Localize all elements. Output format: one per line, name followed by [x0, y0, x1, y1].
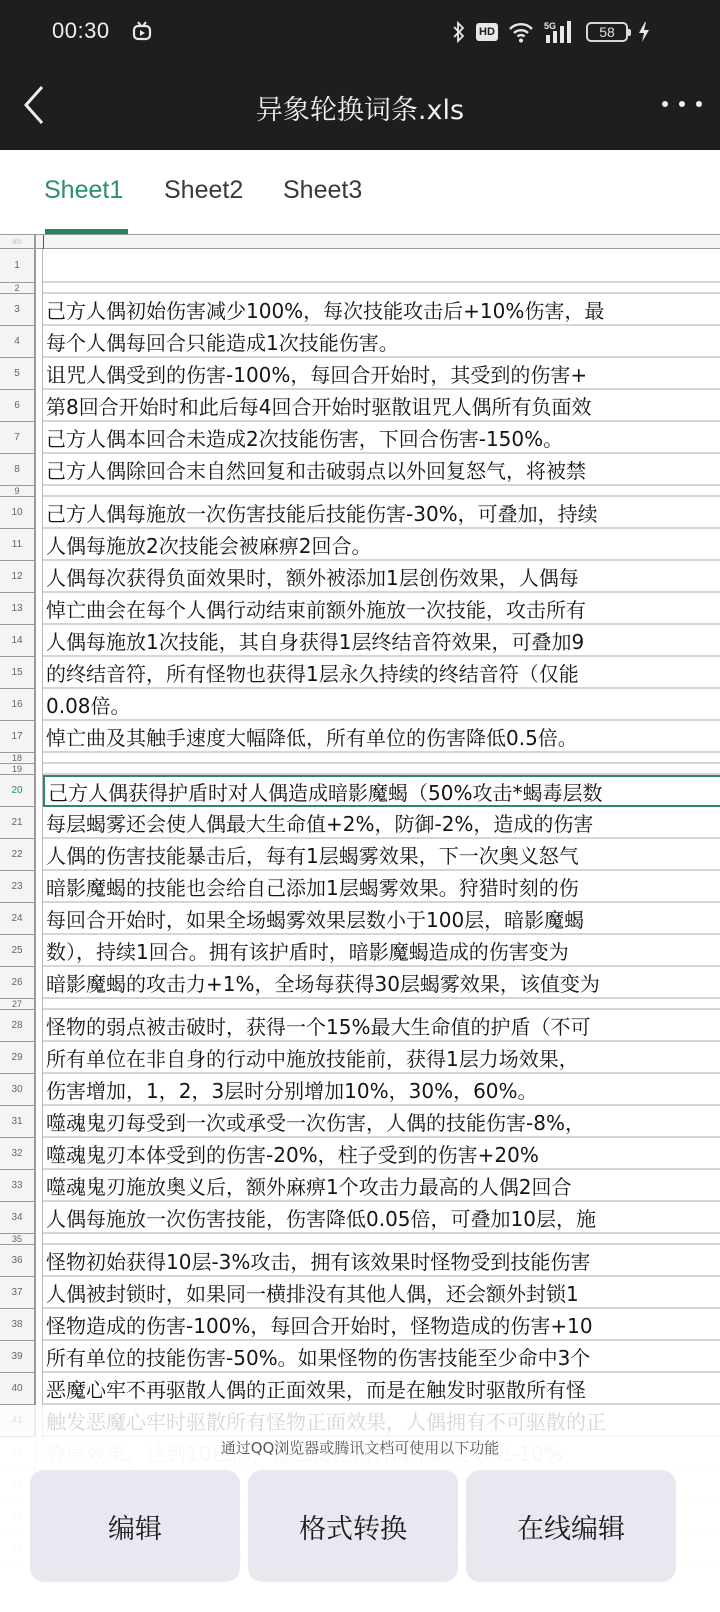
row-gutter	[36, 529, 43, 561]
row-header[interactable]: 41	[0, 1405, 36, 1437]
row-header[interactable]: 27	[0, 999, 36, 1010]
table-row: 33噬魂鬼刃施放奥义后，额外麻痹1个攻击力最高的人偶2回合	[0, 1170, 720, 1202]
row-gutter	[36, 625, 43, 657]
table-row: 25数），持续1回合。拥有该护盾时，暗影魔蝎造成的伤害变为	[0, 935, 720, 967]
row-gutter	[36, 775, 43, 807]
table-row: 20己方人偶获得护盾时对人偶造成暗影魔蝎（50%攻击*蝎毒层数	[0, 775, 720, 807]
cell[interactable]: 怪物的弱点被击破时，获得一个15%最大生命值的护盾（不可	[43, 1010, 720, 1042]
row-header[interactable]: 11	[0, 529, 36, 561]
cell[interactable]: 悼亡曲会在每个人偶行动结束前额外施放一次技能，攻击所有	[43, 593, 720, 625]
row-header[interactable]: 19	[0, 764, 36, 775]
row-header[interactable]: 23	[0, 871, 36, 903]
row-gutter	[36, 1010, 43, 1042]
tab-sheet1[interactable]: Sheet1	[44, 176, 123, 205]
status-icons: HD 5G 58	[452, 19, 650, 45]
table-row: 37人偶被封锁时，如果同一横排没有其他人偶，还会额外封锁1	[0, 1277, 720, 1309]
table-row: 1	[0, 249, 720, 283]
row-gutter	[36, 1042, 43, 1074]
cell[interactable]	[43, 249, 720, 283]
table-row: 41触发恶魔心牢时驱散所有怪物正面效果，人偶拥有不可驱散的正	[0, 1405, 720, 1437]
cell[interactable]: 人偶每次获得负面效果时，额外被添加1层创伤效果，人偶每	[43, 561, 720, 593]
row-gutter	[36, 1106, 43, 1138]
row-header[interactable]: 2	[0, 283, 36, 294]
tab-sheet2[interactable]: Sheet2	[164, 176, 243, 205]
row-gutter	[36, 422, 43, 454]
row-header[interactable]: 30	[0, 1074, 36, 1106]
cell[interactable]: 噬魂鬼刃施放奥义后，额外麻痹1个攻击力最高的人偶2回合	[43, 1170, 720, 1202]
cell[interactable]: 数），持续1回合。拥有该护盾时，暗影魔蝎造成的伤害变为	[43, 935, 720, 967]
row-header[interactable]: 31	[0, 1106, 36, 1138]
cell[interactable]: 暗影魔蝎的攻击力+1%，全场每获得30层蝎雾效果，该值变为	[43, 967, 720, 999]
more-dot-icon	[679, 101, 685, 107]
table-row: 36怪物初始获得10层-3%攻击，拥有该效果时怪物受到技能伤害	[0, 1245, 720, 1277]
cell[interactable]: 人偶被封锁时，如果同一横排没有其他人偶，还会额外封锁1	[43, 1277, 720, 1309]
table-row: 12人偶每次获得负面效果时，额外被添加1层创伤效果，人偶每	[0, 561, 720, 593]
cell[interactable]: 己方人偶每施放一次伤害技能后技能伤害-30%，可叠加，持续	[43, 497, 720, 529]
table-row: 8己方人偶除回合末自然回复和击破弱点以外回复怒气，将被禁	[0, 454, 720, 486]
row-gutter	[36, 1405, 43, 1437]
cell[interactable]: 怪物造成的伤害-100%，每回合开始时，怪物造成的伤害+10	[43, 1309, 720, 1341]
row-header[interactable]: 36	[0, 1245, 36, 1277]
row-header[interactable]: 14	[0, 625, 36, 657]
online-edit-button[interactable]: 在线编辑	[466, 1470, 676, 1582]
cell[interactable]: 人偶每施放2次技能会被麻痹2回合。	[43, 529, 720, 561]
table-row: 5诅咒人偶受到的伤害-100%，每回合开始时，其受到的伤害+	[0, 358, 720, 390]
cell[interactable]: 第8回合开始时和此后每4回合开始时驱散诅咒人偶所有负面效	[43, 390, 720, 422]
row-gutter	[36, 326, 43, 358]
table-row: 39所有单位的技能伤害-50%。如果怪物的伤害技能至少命中3个	[0, 1341, 720, 1373]
cell[interactable]: 己方人偶除回合末自然回复和击破弱点以外回复怒气，将被禁	[43, 454, 720, 486]
row-header[interactable]: 16	[0, 689, 36, 721]
row-gutter	[36, 1245, 43, 1277]
row-gutter	[36, 593, 43, 625]
table-row: 160.08倍。	[0, 689, 720, 721]
hd-icon: HD	[476, 23, 498, 41]
cell[interactable]: 己方人偶本回合未造成2次技能伤害，下回合伤害-150%。	[43, 422, 720, 454]
table-row: 26暗影魔蝎的攻击力+1%，全场每获得30层蝎雾效果，该值变为	[0, 967, 720, 999]
row-header[interactable]: 33	[0, 1170, 36, 1202]
row-header[interactable]: 28	[0, 1010, 36, 1042]
table-row: 19	[0, 764, 720, 775]
cell[interactable]: 每层蝎雾还会使人偶最大生命值+2%，防御-2%，造成的伤害	[43, 807, 720, 839]
cell[interactable]: 噬魂鬼刃本体受到的伤害-20%，柱子受到的伤害+20%	[43, 1138, 720, 1170]
table-row: 28怪物的弱点被击破时，获得一个15%最大生命值的护盾（不可	[0, 1010, 720, 1042]
cell[interactable]: 的终结音符，所有怪物也获得1层永久持续的终结音符（仅能	[43, 657, 720, 689]
cell[interactable]: 所有单位的技能伤害-50%。如果怪物的伤害技能至少命中3个	[43, 1341, 720, 1373]
table-row: 4每个人偶每回合只能造成1次技能伤害。	[0, 326, 720, 358]
row-gutter	[36, 1309, 43, 1341]
cell[interactable]	[43, 764, 720, 775]
table-row: 35	[0, 1234, 720, 1245]
cell[interactable]: 每个人偶每回合只能造成1次技能伤害。	[43, 326, 720, 358]
row-header[interactable]: 20	[0, 775, 36, 807]
table-row: 23暗影魔蝎的技能也会给自己添加1层蝎雾效果。狩猎时刻的伤	[0, 871, 720, 903]
row-gutter	[36, 839, 43, 871]
cell[interactable]: 0.08倍。	[43, 689, 720, 721]
sheet-tabs: Sheet1 Sheet2 Sheet3	[0, 150, 720, 234]
table-row: 38怪物造成的伤害-100%，每回合开始时，怪物造成的伤害+10	[0, 1309, 720, 1341]
row-gutter	[36, 721, 43, 753]
column-header-row: ab	[0, 234, 720, 249]
tv-app-icon	[132, 21, 152, 41]
row-gutter	[36, 294, 43, 326]
table-row: 30伤害增加，1，2，3层时分别增加10%，30%，60%。	[0, 1074, 720, 1106]
row-gutter	[36, 807, 43, 839]
row-header[interactable]: 32	[0, 1138, 36, 1170]
table-row: 14人偶每施放1次技能，其自身获得1层终结音符效果，可叠加9	[0, 625, 720, 657]
table-row: 11人偶每施放2次技能会被麻痹2回合。	[0, 529, 720, 561]
row-gutter	[36, 1234, 43, 1245]
row-gutter	[36, 871, 43, 903]
row-gutter	[36, 689, 43, 721]
table-row: 22人偶的伤害技能暴击后，每有1层蝎雾效果，下一次奥义怒气	[0, 839, 720, 871]
row-gutter	[36, 935, 43, 967]
row-gutter	[36, 283, 43, 294]
row-header[interactable]: 18	[0, 753, 36, 764]
cell[interactable]: 每回合开始时，如果全场蝎雾效果层数小于100层，暗影魔蝎	[43, 903, 720, 935]
table-row: 40恶魔心牢不再驱散人偶的正面效果，而是在触发时驱散所有怪	[0, 1373, 720, 1405]
table-row: 10己方人偶每施放一次伤害技能后技能伤害-30%，可叠加，持续	[0, 497, 720, 529]
table-row: 15的终结音符，所有怪物也获得1层永久持续的终结音符（仅能	[0, 657, 720, 689]
wifi-icon	[508, 21, 534, 43]
edit-button[interactable]: 编辑	[30, 1470, 240, 1582]
table-row: 34人偶每施放一次伤害技能，伤害降低0.05倍，可叠加10层，施	[0, 1202, 720, 1234]
tab-sheet3[interactable]: Sheet3	[283, 176, 362, 205]
cell[interactable]: 人偶的伤害技能暴击后，每有1层蝎雾效果，下一次奥义怒气	[43, 839, 720, 871]
row-gutter	[36, 249, 43, 283]
row-header[interactable]: 13	[0, 593, 36, 625]
row-header[interactable]: 25	[0, 935, 36, 967]
select-all-corner[interactable]: ab	[0, 235, 36, 249]
row-header[interactable]: 9	[0, 486, 36, 497]
table-row: 31噬魂鬼刃每受到一次或承受一次伤害，人偶的技能伤害-8%，	[0, 1106, 720, 1138]
top-bar: 00:30 HD 5G 58 异象轮换词条.xls	[0, 0, 720, 150]
table-row: 29所有单位在非自身的行动中施放技能前，获得1层力场效果，	[0, 1042, 720, 1074]
row-gutter	[36, 903, 43, 935]
cell[interactable]: 人偶每施放一次伤害技能，伤害降低0.05倍，可叠加10层，施	[43, 1202, 720, 1234]
row-header[interactable]: 4	[0, 326, 36, 358]
cell[interactable]: 噬魂鬼刃每受到一次或承受一次伤害，人偶的技能伤害-8%，	[43, 1106, 720, 1138]
table-row: 32噬魂鬼刃本体受到的伤害-20%，柱子受到的伤害+20%	[0, 1138, 720, 1170]
charging-icon	[638, 21, 650, 43]
row-header[interactable]: 15	[0, 657, 36, 689]
table-row: 6第8回合开始时和此后每4回合开始时驱散诅咒人偶所有负面效	[0, 390, 720, 422]
cell[interactable]: 人偶每施放1次技能，其自身获得1层终结音符效果，可叠加9	[43, 625, 720, 657]
more-options-button[interactable]	[662, 92, 702, 116]
table-row: 21每层蝎雾还会使人偶最大生命值+2%，防御-2%，造成的伤害	[0, 807, 720, 839]
table-row: 27	[0, 999, 720, 1010]
row-header[interactable]: 22	[0, 839, 36, 871]
row-header[interactable]: 1	[0, 249, 36, 283]
row-header[interactable]: 21	[0, 807, 36, 839]
cell[interactable]: 恶魔心牢不再驱散人偶的正面效果，而是在触发时驱散所有怪	[43, 1373, 720, 1405]
cell[interactable]: 触发恶魔心牢时驱散所有怪物正面效果，人偶拥有不可驱散的正	[43, 1405, 720, 1437]
table-row: 13悼亡曲会在每个人偶行动结束前额外施放一次技能，攻击所有	[0, 593, 720, 625]
feature-hint: 通过QQ浏览器或腾讯文档可使用以下功能	[0, 1437, 720, 1458]
row-header[interactable]: 26	[0, 967, 36, 999]
row-header[interactable]: 34	[0, 1202, 36, 1234]
cell[interactable]: 诅咒人偶受到的伤害-100%，每回合开始时，其受到的伤害+	[43, 358, 720, 390]
cell[interactable]: 怪物初始获得10层-3%攻击，拥有该效果时怪物受到技能伤害	[43, 1245, 720, 1277]
row-gutter	[36, 1074, 43, 1106]
row-gutter	[36, 764, 43, 775]
row-gutter	[36, 967, 43, 999]
row-header[interactable]: 39	[0, 1341, 36, 1373]
row-gutter	[36, 1170, 43, 1202]
table-row: 18	[0, 753, 720, 764]
cell[interactable]	[43, 1234, 720, 1245]
column-a-header[interactable]	[43, 235, 44, 249]
cell[interactable]: 悼亡曲及其触手速度大幅降低，所有单位的伤害降低0.5倍。	[43, 721, 720, 753]
row-gutter	[36, 999, 43, 1010]
row-gutter	[36, 358, 43, 390]
table-row: 3己方人偶初始伤害减少100%，每次技能攻击后+10%伤害，最	[0, 294, 720, 326]
more-dot-icon	[662, 101, 668, 107]
cell[interactable]: 己方人偶初始伤害减少100%，每次技能攻击后+10%伤害，最	[43, 294, 720, 326]
5g-signal-icon: 5G	[544, 20, 576, 44]
table-row: 17悼亡曲及其触手速度大幅降低，所有单位的伤害降低0.5倍。	[0, 721, 720, 753]
row-gutter	[36, 1341, 43, 1373]
bluetooth-icon	[452, 21, 466, 43]
cell[interactable]	[43, 486, 720, 497]
row-header[interactable]: 12	[0, 561, 36, 593]
row-gutter	[36, 454, 43, 486]
cell[interactable]: 暗影魔蝎的技能也会给自己添加1层蝎雾效果。狩猎时刻的伤	[43, 871, 720, 903]
more-dot-icon	[696, 101, 702, 107]
table-row: 2	[0, 283, 720, 294]
row-header[interactable]: 17	[0, 721, 36, 753]
row-header[interactable]: 35	[0, 1234, 36, 1245]
row-gutter	[36, 657, 43, 689]
row-header[interactable]: 5	[0, 358, 36, 390]
row-gutter	[36, 390, 43, 422]
table-row: 9	[0, 486, 720, 497]
table-row: 24每回合开始时，如果全场蝎雾效果层数小于100层，暗影魔蝎	[0, 903, 720, 935]
row-gutter	[36, 1277, 43, 1309]
row-header[interactable]: 37	[0, 1277, 36, 1309]
battery-icon: 58	[586, 22, 628, 42]
row-gutter	[36, 497, 43, 529]
status-time: 00:30	[52, 18, 110, 44]
row-gutter	[36, 486, 43, 497]
row-header[interactable]: 10	[0, 497, 36, 529]
row-header[interactable]: 24	[0, 903, 36, 935]
row-header[interactable]: 29	[0, 1042, 36, 1074]
selected-cell[interactable]: 己方人偶获得护盾时对人偶造成暗影魔蝎（50%攻击*蝎毒层数	[43, 775, 720, 807]
row-header[interactable]: 3	[0, 294, 36, 326]
cell[interactable]: 所有单位在非自身的行动中施放技能前，获得1层力场效果，	[43, 1042, 720, 1074]
row-gutter	[36, 1202, 43, 1234]
row-header[interactable]: 6	[0, 390, 36, 422]
row-header[interactable]: 40	[0, 1373, 36, 1405]
cell[interactable]	[43, 999, 720, 1010]
cell[interactable]	[43, 283, 720, 294]
format-convert-button[interactable]: 格式转换	[248, 1470, 458, 1582]
row-gutter	[36, 561, 43, 593]
cell[interactable]: 伤害增加，1，2，3层时分别增加10%，30%，60%。	[43, 1074, 720, 1106]
svg-text:5G: 5G	[544, 21, 556, 31]
row-header[interactable]: 38	[0, 1309, 36, 1341]
row-gutter	[36, 753, 43, 764]
row-header[interactable]: 7	[0, 422, 36, 454]
row-gutter	[36, 1138, 43, 1170]
row-header[interactable]: 8	[0, 454, 36, 486]
cell[interactable]	[43, 753, 720, 764]
row-gutter	[36, 1373, 43, 1405]
document-title: 异象轮换词条.xls	[0, 88, 720, 127]
table-row: 7己方人偶本回合未造成2次技能伤害，下回合伤害-150%。	[0, 422, 720, 454]
